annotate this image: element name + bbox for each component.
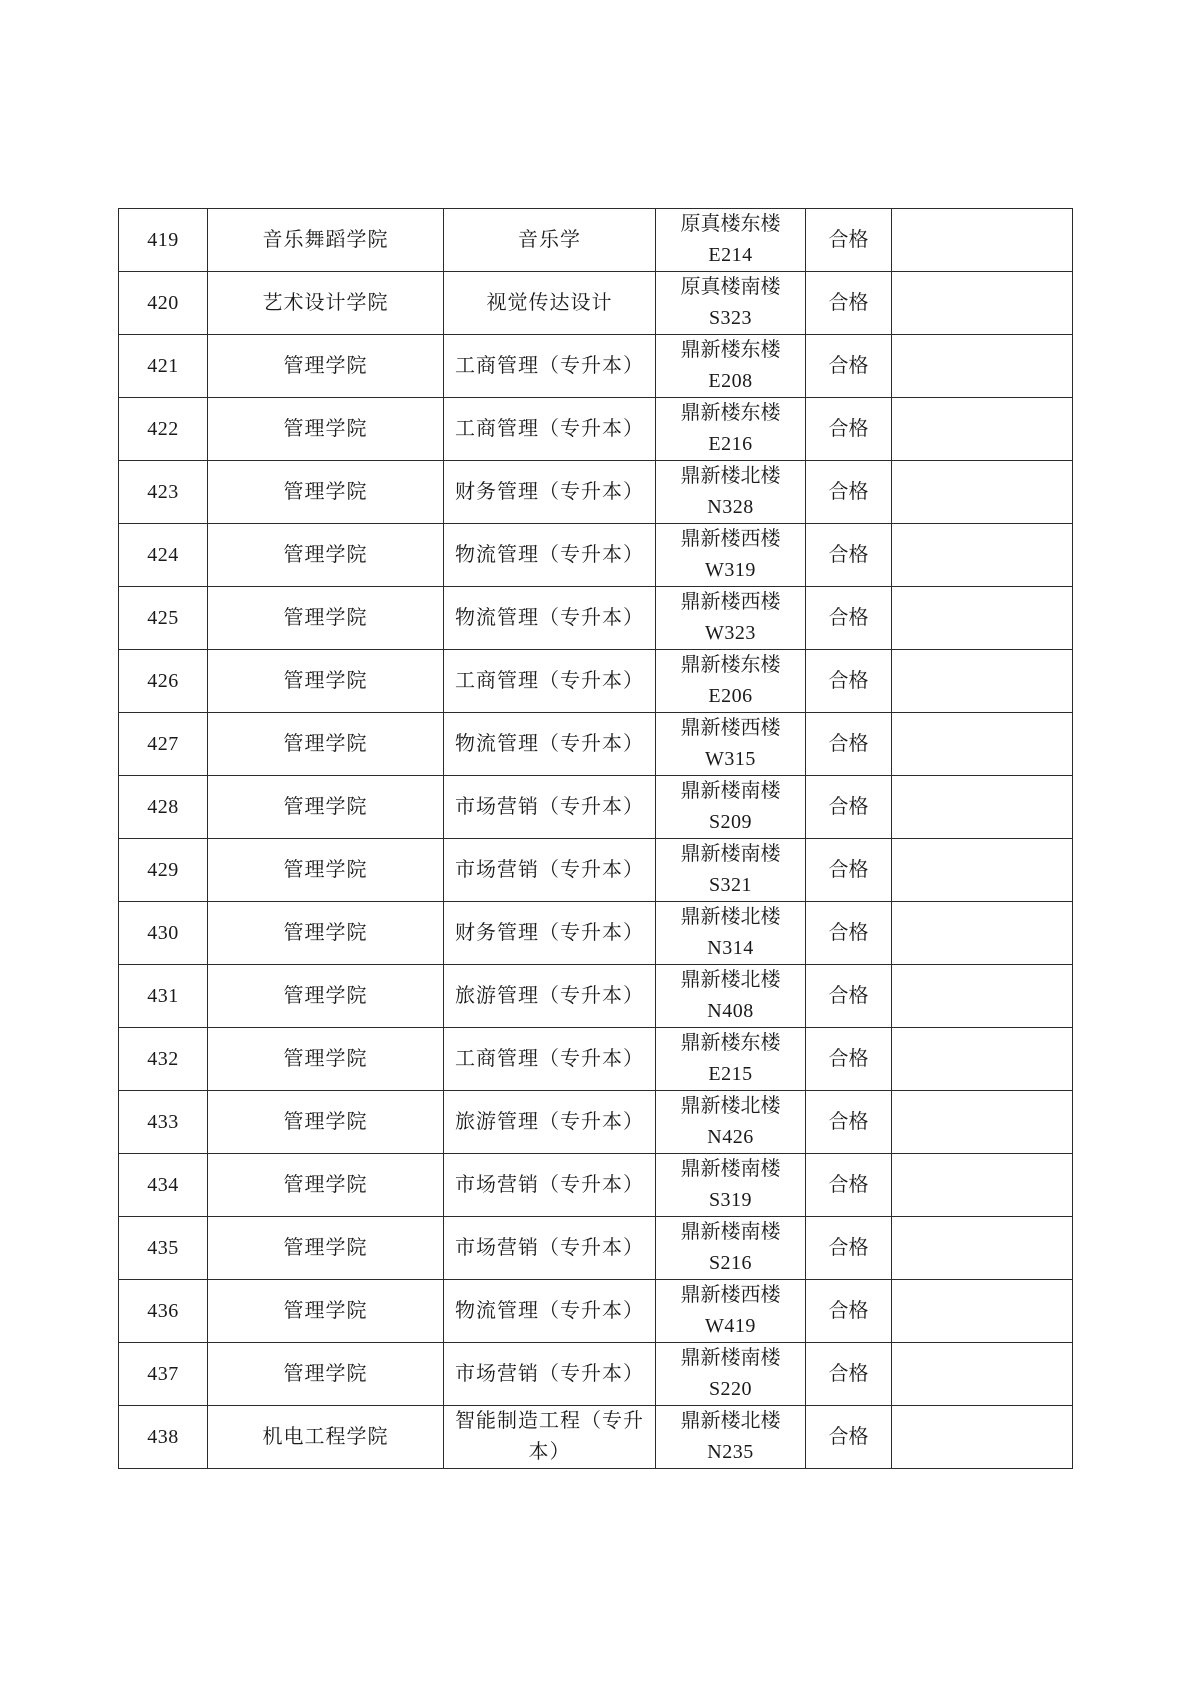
- row-number-cell: 424: [119, 524, 208, 587]
- room-number: S220: [658, 1374, 803, 1405]
- room-number: E208: [658, 366, 803, 397]
- result-status: 合格: [829, 922, 869, 944]
- table-row: 432管理学院工商管理（专升本）鼎新楼东楼E215合格: [119, 1028, 1073, 1091]
- row-number: 422: [147, 418, 179, 440]
- result-status: 合格: [829, 733, 869, 755]
- major-cell: 物流管理（专升本）: [444, 1280, 656, 1343]
- school-name: 管理学院: [284, 481, 368, 503]
- room-number: N408: [658, 996, 803, 1027]
- major-cell: 工商管理（专升本）: [444, 650, 656, 713]
- table-row: 430管理学院财务管理（专升本）鼎新楼北楼N314合格: [119, 902, 1073, 965]
- major-cell: 市场营销（专升本）: [444, 1343, 656, 1406]
- major-name: 视觉传达设计: [487, 292, 613, 314]
- result-cell: 合格: [806, 272, 892, 335]
- major-name: 财务管理（专升本）: [455, 922, 644, 944]
- result-cell: 合格: [806, 1217, 892, 1280]
- major-cell: 物流管理（专升本）: [444, 713, 656, 776]
- table-row: 426管理学院工商管理（专升本）鼎新楼东楼E206合格: [119, 650, 1073, 713]
- exam-room-cell: 鼎新楼北楼N426: [656, 1091, 806, 1154]
- row-number-cell: 431: [119, 965, 208, 1028]
- major-name: 音乐学: [518, 229, 581, 251]
- result-status: 合格: [829, 859, 869, 881]
- note-cell: [892, 1406, 1073, 1469]
- exam-room-cell: 鼎新楼南楼S321: [656, 839, 806, 902]
- school-cell: 管理学院: [208, 965, 444, 1028]
- building-name: 鼎新楼西楼: [658, 524, 803, 555]
- exam-room-cell: 鼎新楼北楼N328: [656, 461, 806, 524]
- row-number-cell: 419: [119, 209, 208, 272]
- building-name: 鼎新楼北楼: [658, 965, 803, 996]
- note-cell: [892, 1280, 1073, 1343]
- school-cell: 管理学院: [208, 1091, 444, 1154]
- note-cell: [892, 1028, 1073, 1091]
- result-cell: 合格: [806, 524, 892, 587]
- row-number-cell: 423: [119, 461, 208, 524]
- room-number: W323: [658, 618, 803, 649]
- result-cell: 合格: [806, 1406, 892, 1469]
- table-row: 428管理学院市场营销（专升本）鼎新楼南楼S209合格: [119, 776, 1073, 839]
- room-number: S321: [658, 870, 803, 901]
- note-cell: [892, 1217, 1073, 1280]
- room-number: E215: [658, 1059, 803, 1090]
- school-cell: 音乐舞蹈学院: [208, 209, 444, 272]
- room-number: N235: [658, 1437, 803, 1468]
- major-name: 工商管理（专升本）: [455, 418, 644, 440]
- note-cell: [892, 713, 1073, 776]
- exam-room-cell: 鼎新楼西楼W315: [656, 713, 806, 776]
- exam-room-cell: 鼎新楼北楼N235: [656, 1406, 806, 1469]
- result-status: 合格: [829, 544, 869, 566]
- exam-room-cell: 鼎新楼东楼E216: [656, 398, 806, 461]
- major-cell: 旅游管理（专升本）: [444, 965, 656, 1028]
- room-number: S319: [658, 1185, 803, 1216]
- row-number: 429: [147, 859, 179, 881]
- note-cell: [892, 587, 1073, 650]
- exam-room-cell: 原真楼东楼E214: [656, 209, 806, 272]
- major-name: 市场营销（专升本）: [455, 1174, 644, 1196]
- building-name: 原真楼东楼: [658, 209, 803, 240]
- school-cell: 艺术设计学院: [208, 272, 444, 335]
- result-cell: 合格: [806, 650, 892, 713]
- row-number-cell: 437: [119, 1343, 208, 1406]
- exam-room-cell: 鼎新楼北楼N314: [656, 902, 806, 965]
- school-cell: 管理学院: [208, 398, 444, 461]
- table-row: 419音乐舞蹈学院音乐学原真楼东楼E214合格: [119, 209, 1073, 272]
- note-cell: [892, 1154, 1073, 1217]
- table-row: 424管理学院物流管理（专升本）鼎新楼西楼W319合格: [119, 524, 1073, 587]
- row-number-cell: 432: [119, 1028, 208, 1091]
- result-cell: 合格: [806, 1091, 892, 1154]
- note-cell: [892, 209, 1073, 272]
- room-number: S323: [658, 303, 803, 334]
- exam-room-cell: 鼎新楼南楼S220: [656, 1343, 806, 1406]
- exam-room-cell: 鼎新楼北楼N408: [656, 965, 806, 1028]
- result-status: 合格: [829, 229, 869, 251]
- result-cell: 合格: [806, 839, 892, 902]
- exam-room-cell: 鼎新楼南楼S319: [656, 1154, 806, 1217]
- row-number: 435: [147, 1237, 179, 1259]
- result-cell: 合格: [806, 1028, 892, 1091]
- row-number: 427: [147, 733, 179, 755]
- school-name: 管理学院: [284, 1111, 368, 1133]
- school-name: 管理学院: [284, 607, 368, 629]
- result-cell: 合格: [806, 965, 892, 1028]
- major-cell: 旅游管理（专升本）: [444, 1091, 656, 1154]
- building-name: 鼎新楼东楼: [658, 650, 803, 681]
- row-number-cell: 434: [119, 1154, 208, 1217]
- building-name: 鼎新楼西楼: [658, 713, 803, 744]
- row-number-cell: 426: [119, 650, 208, 713]
- result-cell: 合格: [806, 902, 892, 965]
- row-number-cell: 438: [119, 1406, 208, 1469]
- school-name: 管理学院: [284, 670, 368, 692]
- major-name: 财务管理（专升本）: [455, 481, 644, 503]
- room-number: E214: [658, 240, 803, 271]
- row-number: 430: [147, 922, 179, 944]
- results-table-body: 419音乐舞蹈学院音乐学原真楼东楼E214合格420艺术设计学院视觉传达设计原真…: [119, 209, 1073, 1469]
- result-status: 合格: [829, 796, 869, 818]
- school-name: 管理学院: [284, 1237, 368, 1259]
- note-cell: [892, 776, 1073, 839]
- school-name: 管理学院: [284, 1363, 368, 1385]
- result-status: 合格: [829, 1363, 869, 1385]
- exam-room-cell: 鼎新楼西楼W323: [656, 587, 806, 650]
- major-name: 市场营销（专升本）: [455, 796, 644, 818]
- room-number: N426: [658, 1122, 803, 1153]
- exam-room-cell: 鼎新楼东楼E208: [656, 335, 806, 398]
- result-status: 合格: [829, 355, 869, 377]
- row-number: 421: [147, 355, 179, 377]
- result-cell: 合格: [806, 587, 892, 650]
- major-name: 市场营销（专升本）: [455, 1363, 644, 1385]
- major-name: 物流管理（专升本）: [455, 607, 644, 629]
- note-cell: [892, 461, 1073, 524]
- result-cell: 合格: [806, 461, 892, 524]
- table-row: 437管理学院市场营销（专升本）鼎新楼南楼S220合格: [119, 1343, 1073, 1406]
- row-number-cell: 430: [119, 902, 208, 965]
- school-name: 管理学院: [284, 418, 368, 440]
- building-name: 鼎新楼西楼: [658, 587, 803, 618]
- result-cell: 合格: [806, 1343, 892, 1406]
- major-name: 智能制造工程（专升本）: [455, 1410, 644, 1463]
- school-name: 管理学院: [284, 796, 368, 818]
- table-row: 420艺术设计学院视觉传达设计原真楼南楼S323合格: [119, 272, 1073, 335]
- major-name: 物流管理（专升本）: [455, 733, 644, 755]
- school-cell: 管理学院: [208, 1280, 444, 1343]
- building-name: 鼎新楼东楼: [658, 398, 803, 429]
- row-number: 424: [147, 544, 179, 566]
- note-cell: [892, 1343, 1073, 1406]
- result-cell: 合格: [806, 776, 892, 839]
- major-cell: 市场营销（专升本）: [444, 776, 656, 839]
- note-cell: [892, 902, 1073, 965]
- school-cell: 管理学院: [208, 587, 444, 650]
- row-number: 432: [147, 1048, 179, 1070]
- major-cell: 音乐学: [444, 209, 656, 272]
- row-number: 434: [147, 1174, 179, 1196]
- school-cell: 管理学院: [208, 839, 444, 902]
- school-name: 管理学院: [284, 922, 368, 944]
- result-status: 合格: [829, 1174, 869, 1196]
- school-cell: 管理学院: [208, 461, 444, 524]
- building-name: 鼎新楼南楼: [658, 1343, 803, 1374]
- table-row: 438机电工程学院智能制造工程（专升本）鼎新楼北楼N235合格: [119, 1406, 1073, 1469]
- major-cell: 市场营销（专升本）: [444, 1154, 656, 1217]
- result-status: 合格: [829, 418, 869, 440]
- exam-room-cell: 鼎新楼西楼W319: [656, 524, 806, 587]
- note-cell: [892, 1091, 1073, 1154]
- school-name: 艺术设计学院: [263, 292, 389, 314]
- school-name: 机电工程学院: [263, 1426, 389, 1448]
- building-name: 鼎新楼南楼: [658, 839, 803, 870]
- building-name: 鼎新楼北楼: [658, 1406, 803, 1437]
- building-name: 鼎新楼东楼: [658, 1028, 803, 1059]
- building-name: 鼎新楼北楼: [658, 461, 803, 492]
- row-number-cell: 427: [119, 713, 208, 776]
- room-number: N314: [658, 933, 803, 964]
- row-number-cell: 420: [119, 272, 208, 335]
- row-number-cell: 425: [119, 587, 208, 650]
- note-cell: [892, 335, 1073, 398]
- room-number: N328: [658, 492, 803, 523]
- exam-room-cell: 鼎新楼东楼E206: [656, 650, 806, 713]
- exam-room-cell: 原真楼南楼S323: [656, 272, 806, 335]
- school-name: 管理学院: [284, 355, 368, 377]
- major-name: 物流管理（专升本）: [455, 1300, 644, 1322]
- row-number-cell: 436: [119, 1280, 208, 1343]
- result-status: 合格: [829, 670, 869, 692]
- major-name: 工商管理（专升本）: [455, 670, 644, 692]
- major-name: 物流管理（专升本）: [455, 544, 644, 566]
- school-name: 管理学院: [284, 1048, 368, 1070]
- school-cell: 管理学院: [208, 335, 444, 398]
- major-cell: 工商管理（专升本）: [444, 1028, 656, 1091]
- major-name: 旅游管理（专升本）: [455, 1111, 644, 1133]
- room-number: E206: [658, 681, 803, 712]
- school-cell: 管理学院: [208, 650, 444, 713]
- room-number: W419: [658, 1311, 803, 1342]
- row-number: 437: [147, 1363, 179, 1385]
- exam-room-cell: 鼎新楼南楼S216: [656, 1217, 806, 1280]
- school-name: 音乐舞蹈学院: [263, 229, 389, 251]
- row-number: 433: [147, 1111, 179, 1133]
- school-cell: 管理学院: [208, 713, 444, 776]
- school-cell: 机电工程学院: [208, 1406, 444, 1469]
- school-cell: 管理学院: [208, 1343, 444, 1406]
- row-number-cell: 435: [119, 1217, 208, 1280]
- school-cell: 管理学院: [208, 902, 444, 965]
- major-cell: 物流管理（专升本）: [444, 524, 656, 587]
- note-cell: [892, 650, 1073, 713]
- table-row: 425管理学院物流管理（专升本）鼎新楼西楼W323合格: [119, 587, 1073, 650]
- result-status: 合格: [829, 1300, 869, 1322]
- row-number-cell: 429: [119, 839, 208, 902]
- building-name: 原真楼南楼: [658, 272, 803, 303]
- major-name: 工商管理（专升本）: [455, 1048, 644, 1070]
- major-cell: 财务管理（专升本）: [444, 902, 656, 965]
- school-name: 管理学院: [284, 544, 368, 566]
- result-cell: 合格: [806, 335, 892, 398]
- building-name: 鼎新楼南楼: [658, 776, 803, 807]
- row-number-cell: 428: [119, 776, 208, 839]
- row-number: 420: [147, 292, 179, 314]
- result-cell: 合格: [806, 209, 892, 272]
- note-cell: [892, 524, 1073, 587]
- exam-room-cell: 鼎新楼东楼E215: [656, 1028, 806, 1091]
- row-number: 438: [147, 1426, 179, 1448]
- table-row: 434管理学院市场营销（专升本）鼎新楼南楼S319合格: [119, 1154, 1073, 1217]
- building-name: 鼎新楼西楼: [658, 1280, 803, 1311]
- document-page: 419音乐舞蹈学院音乐学原真楼东楼E214合格420艺术设计学院视觉传达设计原真…: [0, 0, 1191, 1684]
- major-cell: 工商管理（专升本）: [444, 398, 656, 461]
- row-number: 428: [147, 796, 179, 818]
- result-status: 合格: [829, 1048, 869, 1070]
- row-number-cell: 433: [119, 1091, 208, 1154]
- result-cell: 合格: [806, 1280, 892, 1343]
- note-cell: [892, 398, 1073, 461]
- building-name: 鼎新楼北楼: [658, 1091, 803, 1122]
- note-cell: [892, 839, 1073, 902]
- results-table: 419音乐舞蹈学院音乐学原真楼东楼E214合格420艺术设计学院视觉传达设计原真…: [118, 208, 1073, 1469]
- building-name: 鼎新楼北楼: [658, 902, 803, 933]
- room-number: S216: [658, 1248, 803, 1279]
- result-status: 合格: [829, 1237, 869, 1259]
- building-name: 鼎新楼南楼: [658, 1217, 803, 1248]
- school-cell: 管理学院: [208, 1028, 444, 1091]
- result-status: 合格: [829, 985, 869, 1007]
- row-number: 423: [147, 481, 179, 503]
- school-name: 管理学院: [284, 1300, 368, 1322]
- row-number-cell: 421: [119, 335, 208, 398]
- major-name: 旅游管理（专升本）: [455, 985, 644, 1007]
- table-row: 421管理学院工商管理（专升本）鼎新楼东楼E208合格: [119, 335, 1073, 398]
- building-name: 鼎新楼东楼: [658, 335, 803, 366]
- major-cell: 市场营销（专升本）: [444, 1217, 656, 1280]
- room-number: W315: [658, 744, 803, 775]
- major-cell: 智能制造工程（专升本）: [444, 1406, 656, 1469]
- school-name: 管理学院: [284, 733, 368, 755]
- row-number: 426: [147, 670, 179, 692]
- major-cell: 视觉传达设计: [444, 272, 656, 335]
- row-number: 419: [147, 229, 179, 251]
- result-cell: 合格: [806, 1154, 892, 1217]
- result-cell: 合格: [806, 398, 892, 461]
- table-row: 436管理学院物流管理（专升本）鼎新楼西楼W419合格: [119, 1280, 1073, 1343]
- major-cell: 财务管理（专升本）: [444, 461, 656, 524]
- school-cell: 管理学院: [208, 524, 444, 587]
- school-name: 管理学院: [284, 985, 368, 1007]
- result-status: 合格: [829, 292, 869, 314]
- school-name: 管理学院: [284, 1174, 368, 1196]
- exam-room-cell: 鼎新楼南楼S209: [656, 776, 806, 839]
- table-row: 423管理学院财务管理（专升本）鼎新楼北楼N328合格: [119, 461, 1073, 524]
- row-number: 425: [147, 607, 179, 629]
- row-number-cell: 422: [119, 398, 208, 461]
- major-name: 市场营销（专升本）: [455, 859, 644, 881]
- room-number: W319: [658, 555, 803, 586]
- school-cell: 管理学院: [208, 776, 444, 839]
- row-number: 436: [147, 1300, 179, 1322]
- school-cell: 管理学院: [208, 1154, 444, 1217]
- room-number: E216: [658, 429, 803, 460]
- room-number: S209: [658, 807, 803, 838]
- result-status: 合格: [829, 607, 869, 629]
- school-cell: 管理学院: [208, 1217, 444, 1280]
- exam-room-cell: 鼎新楼西楼W419: [656, 1280, 806, 1343]
- school-name: 管理学院: [284, 859, 368, 881]
- note-cell: [892, 965, 1073, 1028]
- table-row: 433管理学院旅游管理（专升本）鼎新楼北楼N426合格: [119, 1091, 1073, 1154]
- major-name: 工商管理（专升本）: [455, 355, 644, 377]
- result-cell: 合格: [806, 713, 892, 776]
- table-row: 435管理学院市场营销（专升本）鼎新楼南楼S216合格: [119, 1217, 1073, 1280]
- major-cell: 物流管理（专升本）: [444, 587, 656, 650]
- building-name: 鼎新楼南楼: [658, 1154, 803, 1185]
- table-row: 422管理学院工商管理（专升本）鼎新楼东楼E216合格: [119, 398, 1073, 461]
- major-cell: 工商管理（专升本）: [444, 335, 656, 398]
- major-name: 市场营销（专升本）: [455, 1237, 644, 1259]
- table-row: 429管理学院市场营销（专升本）鼎新楼南楼S321合格: [119, 839, 1073, 902]
- result-status: 合格: [829, 1111, 869, 1133]
- row-number: 431: [147, 985, 179, 1007]
- table-row: 431管理学院旅游管理（专升本）鼎新楼北楼N408合格: [119, 965, 1073, 1028]
- note-cell: [892, 272, 1073, 335]
- result-status: 合格: [829, 1426, 869, 1448]
- major-cell: 市场营销（专升本）: [444, 839, 656, 902]
- result-status: 合格: [829, 481, 869, 503]
- table-row: 427管理学院物流管理（专升本）鼎新楼西楼W315合格: [119, 713, 1073, 776]
